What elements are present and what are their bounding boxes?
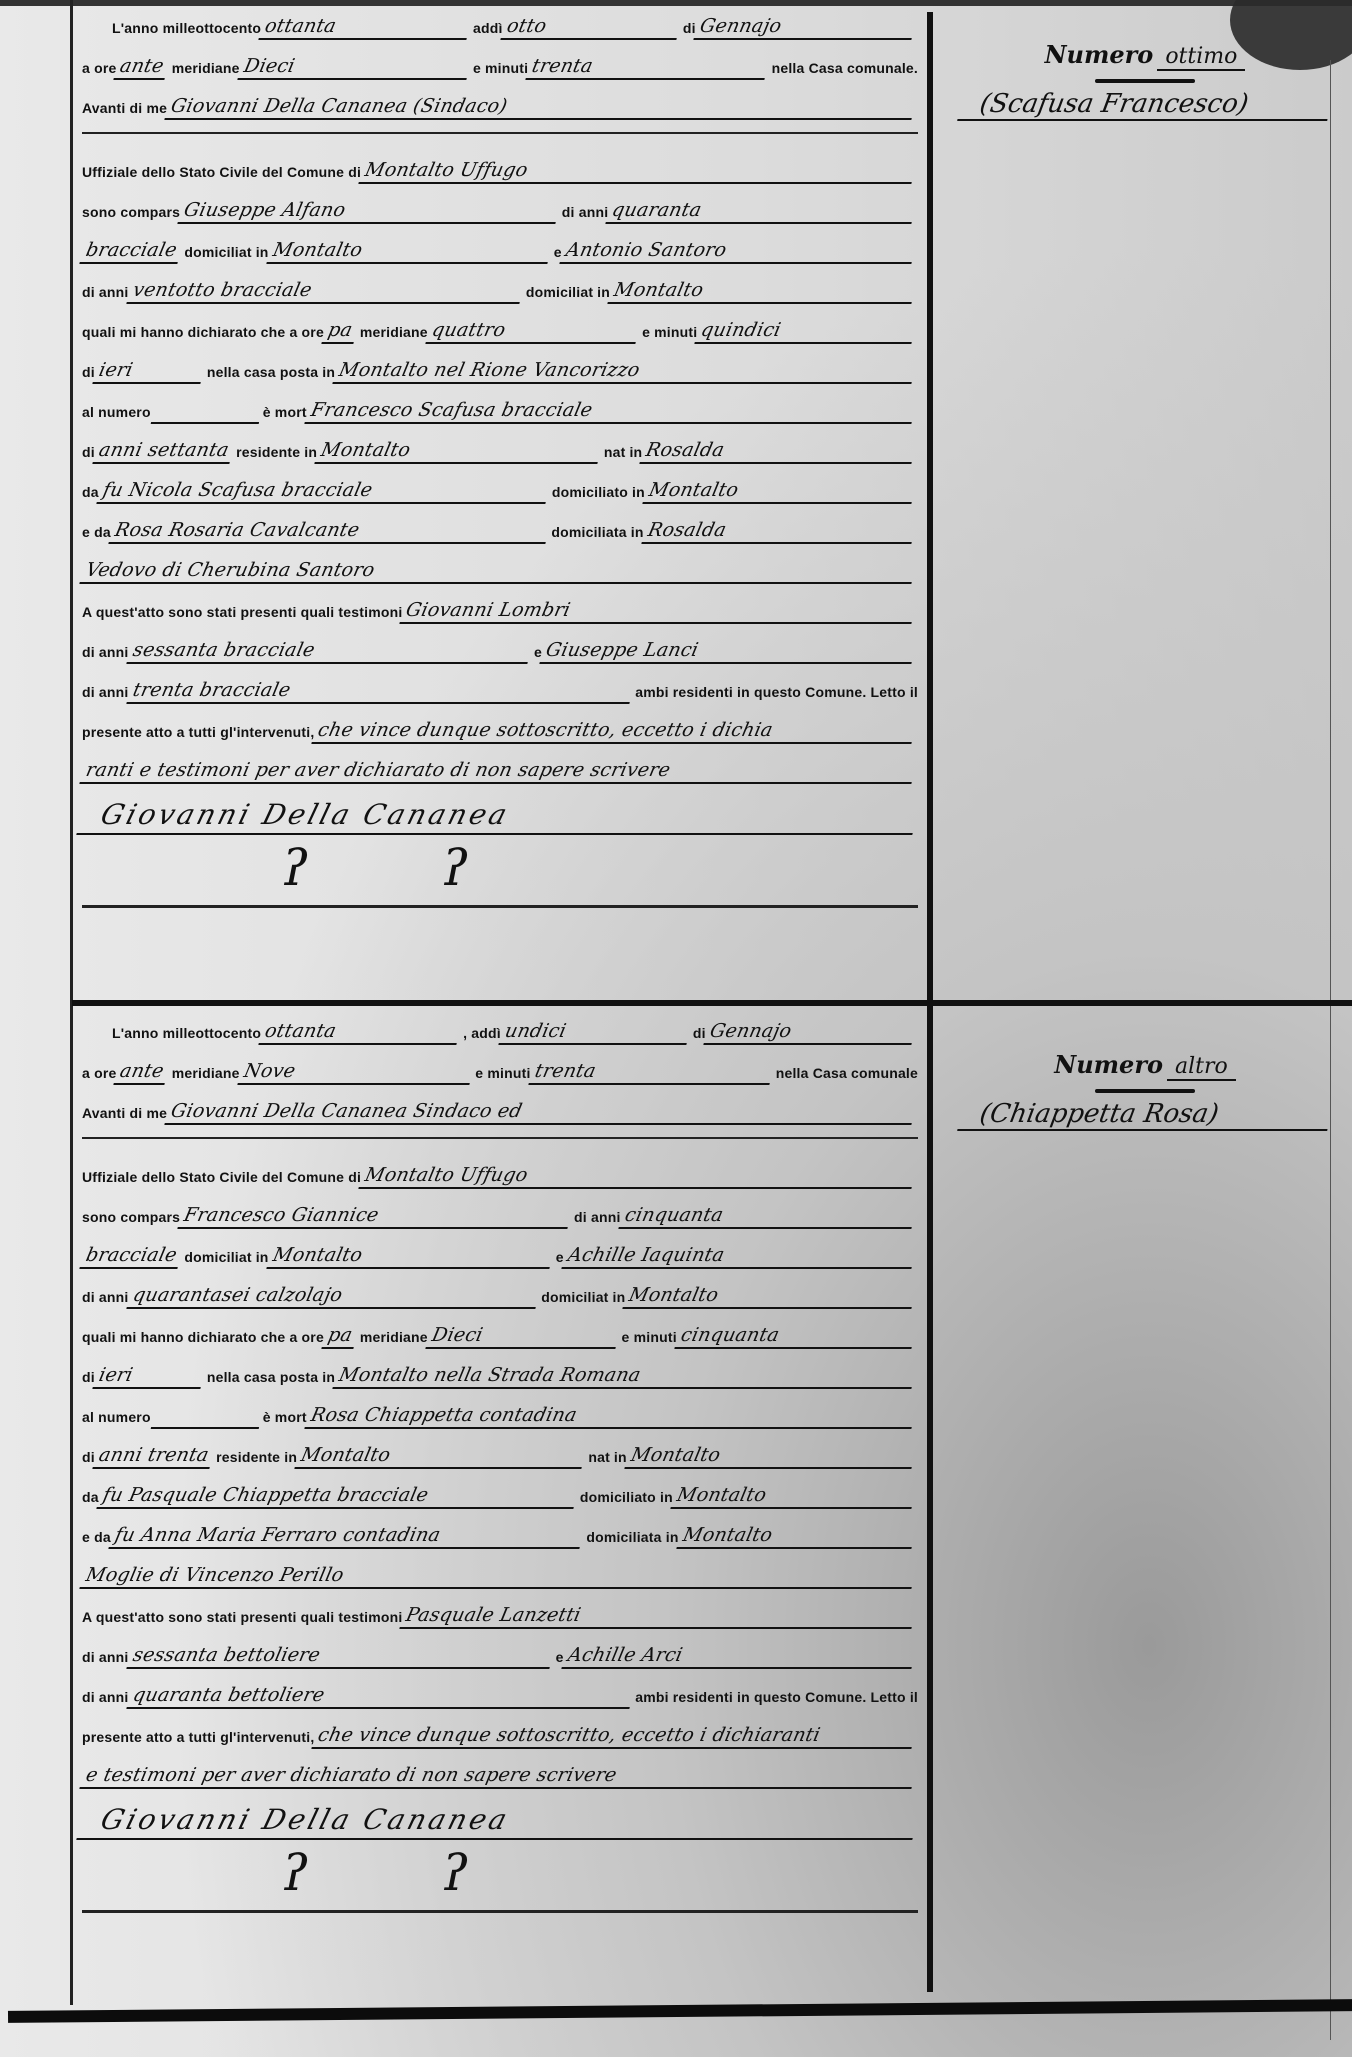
printed-label-casa: nella Casa comunale [776,1065,918,1085]
handwritten-prof1: bracciale [79,239,183,264]
printed-label-residente: residente in [236,444,317,464]
form-line: diierinella casa posta inMontalto nella … [82,1349,918,1389]
handwritten-presente: che vince dunque sottoscritto, eccetto i… [312,719,917,744]
handwritten-giorno: ieri [92,359,205,384]
flourish-mark: ʔ [282,1844,309,1902]
printed-label-testimoni: A quest'atto sono stati presenti quali t… [82,604,402,624]
printed-label-meridiane: meridiane [172,60,240,80]
form-line: Uffiziale dello Stato Civile del Comune … [82,144,918,184]
form-line: A quest'atto sono stati presenti quali t… [82,584,918,624]
form-line: di annisessanta bettoliereeAchille Arci [82,1629,918,1669]
handwritten-eta: anni settanta [92,439,235,464]
flourish-mark: ʔ [442,1844,469,1902]
death-record-1: L'anno milleottocentoottantaaddìottodiGe… [82,0,918,908]
printed-label-presente: presente atto a tutti gl'intervenuti, [82,724,314,744]
form-line: dianni settantaresidente inMontaltonat i… [82,424,918,464]
form-line: ranti e testimoni per aver dichiarato di… [82,744,918,784]
handwritten-presente: che vince dunque sottoscritto, eccetto i… [312,1724,917,1749]
printed-label-t-anni2: di anni [82,684,129,704]
handwritten-extra: Vedovo di Cherubina Santoro [79,559,916,584]
handwritten-anno: ottanta [258,1020,461,1045]
printed-label-anno: L'anno milleottocento [112,1025,261,1045]
handwritten-extra: Moglie di Vincenzo Perillo [79,1564,916,1589]
death-record-2: L'anno milleottocentoottanta, addìundici… [82,1005,918,1913]
form-line: quali mi hanno dichiarato che a orepamer… [82,1309,918,1349]
handwritten-presente2: e testimoni per aver dichiarato di non s… [79,1764,916,1789]
form-line: braccialedomiciliat inMontaltoeAntonio S… [82,224,918,264]
form-line: dafu Pasquale Chiappetta braccialedomici… [82,1469,918,1509]
handwritten-mese: Gennajo [703,1020,917,1045]
printed-label-domic1: domiciliat [184,244,251,264]
handwritten-comune: Montalto Uffugo [358,159,916,184]
handwritten-dich-minuti: quindici [695,319,917,344]
handwritten-domic1: Montalto [266,1244,555,1269]
handwritten-t-anni2: trenta bracciale [126,679,634,704]
deceased-name: (Scafusa Francesco) [957,89,1333,121]
handwritten-residente: Montalto [314,439,602,464]
form-line: e testimoni per aver dichiarato di non s… [82,1749,918,1789]
form-line: di annitrenta braccialeambi residenti in… [82,664,918,704]
handwritten-morto: Rosa Chiappetta contadina [304,1404,917,1429]
handwritten-anni2: quarantasei calzolajo [126,1284,540,1309]
form-line: L'anno milleottocentoottantaaddìottodiGe… [82,0,918,40]
printed-label-domiciliata: domiciliata in [586,1529,678,1549]
printed-label-anni2: di anni [82,1289,129,1309]
printed-label-residente: residente in [216,1449,297,1469]
printed-label-anni2: di anni [82,284,129,304]
handwritten-minuti: trenta [526,55,771,80]
printed-label-ore: a ore [82,60,116,80]
printed-label-dich-minuti: e minuti [622,1329,677,1349]
form-line: di annisessanta braccialeeGiuseppe Lanci [82,624,918,664]
form-line: al numeroè mortRosa Chiappetta contadina [82,1389,918,1429]
form-line: dianni trentaresidente inMontaltonat inM… [82,1429,918,1469]
handwritten-anni2: ventotto bracciale [126,279,525,304]
printed-label-numero: al numero [82,1409,151,1429]
register-page: Numero ottimo (Scafusa Francesco) Numero… [0,0,1352,2057]
printed-label-ambi: ambi residenti in questo Comune. Letto i… [635,1689,918,1709]
form-line: Avanti di meGiovanni Della Cananea Sinda… [82,1085,918,1125]
handwritten-dich-minuti: cinquanta [674,1324,916,1349]
handwritten-t-anni1: sessanta bettoliere [126,1644,554,1669]
flourish-line [1095,79,1195,83]
form-line: di anniquaranta bettoliereambi residenti… [82,1669,918,1709]
form-line: e dafu Anna Maria Ferraro contadinadomic… [82,1509,918,1549]
printed-label-comparsi: sono compars [82,1209,180,1229]
numero-value: ottimo [1157,44,1245,71]
margin-record-2: Numero altro (Chiappetta Rosa) [960,1050,1330,1131]
separator-rule [82,1137,918,1139]
form-line: Avanti di meGiovanni Della Cananea (Sind… [82,80,918,120]
handwritten-padre-domic: Montalto [670,1484,916,1509]
handwritten-dich-meridiane: quattro [425,319,641,344]
handwritten-comparso1: Giuseppe Alfano [177,199,560,224]
handwritten-testimone2: Giuseppe Lanci [539,639,916,664]
printed-label-dich-meridiane: meridiane [360,324,428,344]
closing-flourish: ʔʔ [82,1840,918,1913]
handwritten-dich-meridiane: Dieci [425,1324,620,1349]
handwritten-anno: ottanta [258,15,471,40]
printed-label-presente: presente atto a tutti gl'intervenuti, [82,1729,314,1749]
handwritten-nato: Montalto [624,1444,917,1469]
printed-label-domiciliato: domiciliato in [580,1489,673,1509]
handwritten-padre-domic: Montalto [642,479,916,504]
printed-label-domiciliata: domiciliata in [551,524,643,544]
printed-label-t-anni2: di anni [82,1689,129,1709]
printed-label-dichiarato: quali mi hanno dichiarato che a ore [82,324,324,344]
form-line: a oreantemeridianeDiecie minutitrentanel… [82,40,918,80]
printed-label-domic2: domiciliat [526,284,593,304]
registrar-signature: Giovanni Della Cananea [76,792,924,835]
printed-label-avanti: Avanti di me [82,100,167,120]
form-line: sono comparsFrancesco Giannicedi annicin… [82,1189,918,1229]
form-line: dafu Nicola Scafusa braccialedomiciliato… [82,464,918,504]
printed-label-eda: e da [82,1529,111,1549]
numero-label: Numero [1045,40,1154,69]
handwritten-testimone1: Pasquale Lanzetti [400,1604,917,1629]
handwritten-giorno: ieri [92,1364,205,1389]
printed-label-numero: al numero [82,404,151,424]
handwritten-residente: Montalto [294,1444,587,1469]
form-line: a oreantemeridianeNovee minutitrentanell… [82,1045,918,1085]
separator-rule [82,132,918,134]
printed-label-eda: e da [82,524,111,544]
printed-label-comparsi: sono compars [82,204,180,224]
printed-label-morto: è mort [263,1409,307,1429]
handwritten-comparso2: Antonio Santoro [559,239,917,264]
printed-label-nato: nat [588,1449,610,1469]
handwritten-domic1: Montalto [266,239,552,264]
handwritten-meridiane: Dieci [237,55,472,80]
form-line: L'anno milleottocentoottanta, addìundici… [82,1005,918,1045]
handwritten-eta: anni trenta [92,1444,215,1469]
handwritten-dich-ore: pa [321,319,358,344]
printed-label-ufficiale: Uffiziale dello Stato Civile del Comune … [82,1169,361,1189]
printed-label-meridiane: meridiane [172,1065,240,1085]
flourish-mark: ʔ [282,839,309,897]
handwritten-madre: fu Anna Maria Ferraro contadina [108,1524,585,1549]
handwritten-madre: Rosa Rosaria Cavalcante [108,519,550,544]
handwritten-padre: fu Pasquale Chiappetta bracciale [96,1484,578,1509]
handwritten-domic2: Montalto [607,279,916,304]
form-line: di anniquarantasei calzolajodomiciliat i… [82,1269,918,1309]
handwritten-madre-domic: Rosalda [641,519,917,544]
handwritten-prof1: bracciale [79,1244,183,1269]
handwritten-addi: otto [500,15,682,40]
printed-label-avanti: Avanti di me [82,1105,167,1125]
handwritten-t-anni2: quaranta bettoliere [126,1684,634,1709]
handwritten-dich-ore: pa [321,1324,358,1349]
right-frame-line [1330,60,1331,2040]
handwritten-minuti: trenta [528,1060,774,1085]
flourish-mark: ʔ [442,839,469,897]
form-line: presente atto a tutti gl'intervenuti,che… [82,1709,918,1749]
printed-label-minuti: e minuti [475,1065,530,1085]
handwritten-avanti: Giovanni Della Cananea (Sindaco) [164,95,916,120]
form-line: A quest'atto sono stati presenti quali t… [82,1589,918,1629]
handwritten-testimone2: Achille Arci [561,1644,917,1669]
closing-flourish: ʔʔ [82,835,918,908]
handwritten-testimone1: Giovanni Lombri [400,599,917,624]
deceased-name: (Chiappetta Rosa) [957,1099,1333,1131]
form-line: Vedovo di Cherubina Santoro [82,544,918,584]
printed-label-t-anni1: di anni [82,1649,129,1669]
printed-label-t-anni1: di anni [82,644,129,664]
handwritten-addi: undici [498,1020,691,1045]
printed-label-casa-posta: nella casa posta in [207,364,335,384]
printed-label-dichiarato: quali mi hanno dichiarato che a ore [82,1329,324,1349]
handwritten-anni1: quaranta [606,199,917,224]
printed-label-addi: , addì [463,1025,501,1045]
printed-label-anno: L'anno milleottocento [112,20,261,40]
printed-label-casa-posta: nella casa posta in [207,1369,335,1389]
form-line: diierinella casa posta inMontalto nel Ri… [82,344,918,384]
handwritten-mese: Gennajo [693,15,917,40]
handwritten-t-anni1: sessanta bracciale [126,639,533,664]
form-line: presente atto a tutti gl'intervenuti,che… [82,704,918,744]
form-line: e daRosa Rosaria Cavalcantedomiciliata i… [82,504,918,544]
form-line: quali mi hanno dichiarato che a orepamer… [82,304,918,344]
handwritten-padre: fu Nicola Scafusa bracciale [96,479,550,504]
handwritten-domic2: Montalto [623,1284,917,1309]
handwritten-comparso2: Achille Iaquinta [561,1244,917,1269]
numero-value: altro [1167,1054,1236,1081]
handwritten-madre-domic: Montalto [676,1524,917,1549]
printed-label-domic2: domiciliat [541,1289,608,1309]
printed-label-ambi: ambi residenti in questo Comune. Letto i… [635,684,918,704]
handwritten-ore: ante [114,55,171,80]
handwritten-anni1: cinquanta [618,1204,917,1229]
form-line: sono comparsGiuseppe Alfanodi anniquaran… [82,184,918,224]
handwritten-casa-posta: Montalto nel Rione Vancorizzo [332,359,916,384]
handwritten-avanti: Giovanni Della Cananea Sindaco ed [164,1100,916,1125]
handwritten-presente2: ranti e testimoni per aver dichiarato di… [79,759,916,784]
printed-label-casa: nella Casa comunale. [772,60,918,80]
printed-label-minuti: e minuti [473,60,528,80]
printed-label-nato: nat [604,444,626,464]
printed-label-domiciliato: domiciliato in [552,484,645,504]
printed-label-ufficiale: Uffiziale dello Stato Civile del Comune … [82,164,361,184]
handwritten-meridiane: Nove [237,1060,474,1085]
handwritten-comune: Montalto Uffugo [358,1164,916,1189]
handwritten-morto: Francesco Scafusa bracciale [304,399,917,424]
form-line: al numeroè mortFrancesco Scafusa braccia… [82,384,918,424]
handwritten-casa-posta: Montalto nella Strada Romana [332,1364,916,1389]
handwritten-ore: ante [114,1060,171,1085]
margin-record-1: Numero ottimo (Scafusa Francesco) [960,40,1330,121]
printed-label-ore: a ore [82,1065,116,1085]
form-line: Uffiziale dello Stato Civile del Comune … [82,1149,918,1189]
page-bottom-bar [8,1999,1352,2023]
printed-label-dich-meridiane: meridiane [360,1329,428,1349]
printed-label-testimoni: A quest'atto sono stati presenti quali t… [82,1609,402,1629]
printed-label-morto: è mort [263,404,307,424]
form-line: braccialedomiciliat inMontaltoeAchille I… [82,1229,918,1269]
printed-label-anni1: di anni [574,1209,621,1229]
printed-label-addi: addì [473,20,503,40]
handwritten-nato: Rosalda [640,439,917,464]
registrar-signature: Giovanni Della Cananea [76,1797,924,1840]
flourish-line [1095,1089,1195,1093]
printed-label-dich-minuti: e minuti [642,324,697,344]
form-line: di anniventotto braccialedomiciliat inMo… [82,264,918,304]
handwritten-comparso1: Francesco Giannice [177,1204,572,1229]
printed-label-anni1: di anni [562,204,609,224]
numero-label: Numero [1054,1050,1163,1079]
form-line: Moglie di Vincenzo Perillo [82,1549,918,1589]
printed-label-domic1: domiciliat [184,1249,251,1269]
